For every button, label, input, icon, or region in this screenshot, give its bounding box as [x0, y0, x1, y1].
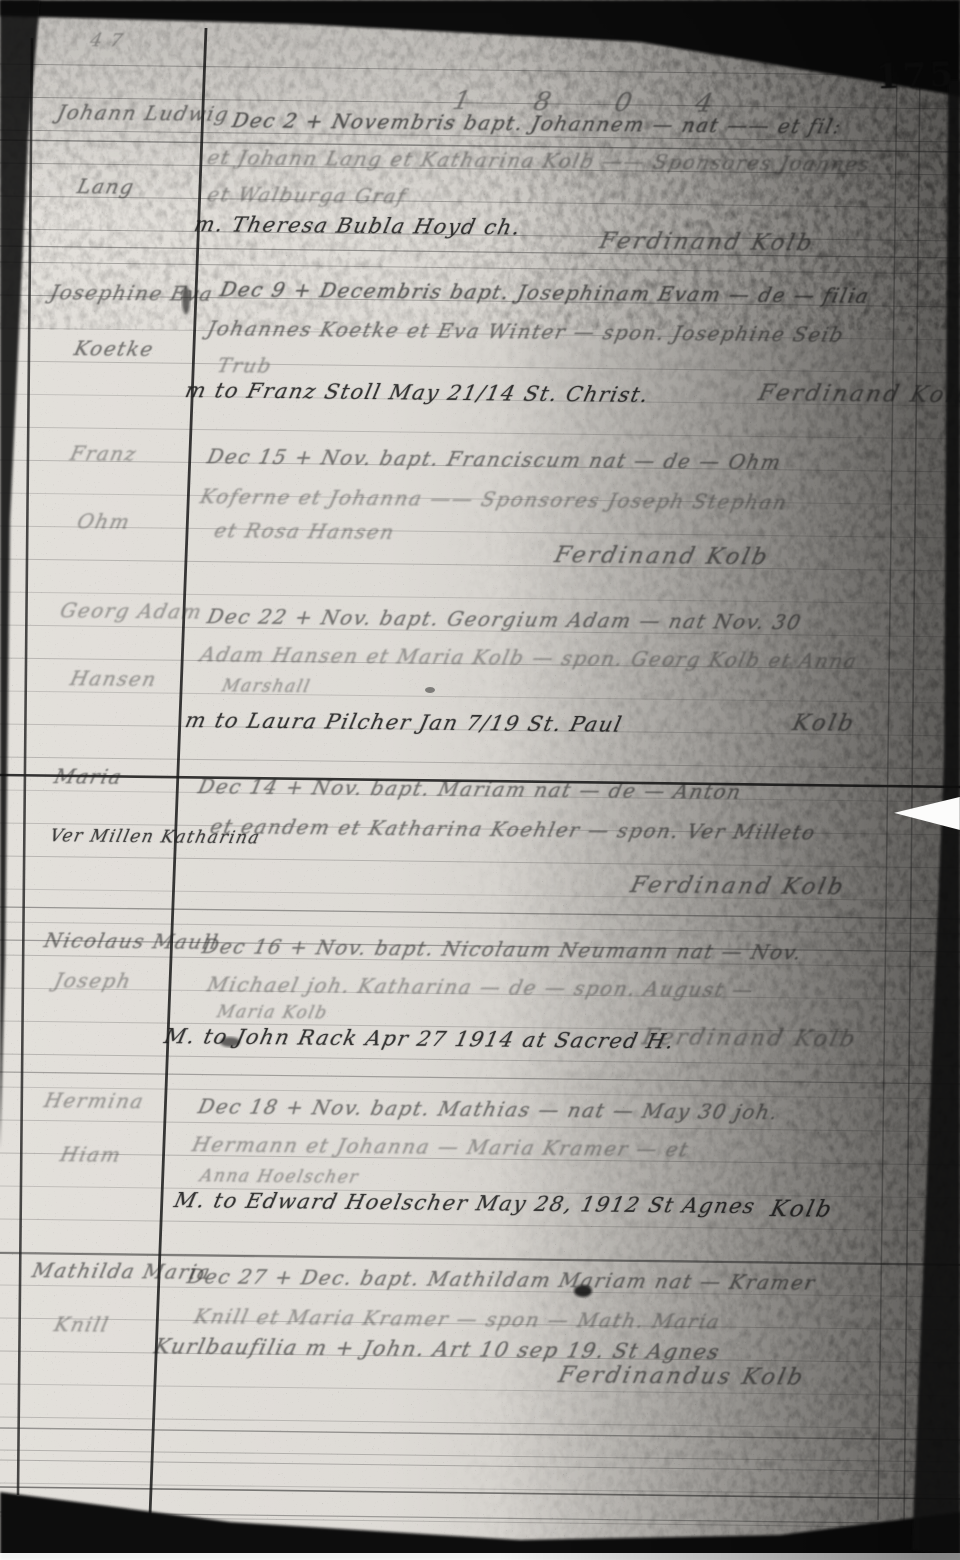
marriage-note: m to Franz Stoll May 21/14 St. Christ.	[183, 378, 652, 407]
marriage-note: m. Theresa Bubla Hoyd ch.	[192, 212, 524, 239]
margin-name: Hiam	[58, 1142, 124, 1167]
priest-signature: Kolb	[790, 710, 858, 737]
margin-name: Koetke	[72, 336, 157, 361]
priest-signature: Ferdinand Kolb	[597, 228, 817, 256]
priest-signature: Ferdinand Kolb	[552, 542, 772, 570]
margin-name: Johann Ludwig	[55, 100, 232, 126]
margin-name: Josephine Eva	[48, 280, 216, 306]
entry-line: et Walburga Graf	[205, 182, 409, 208]
margin-name: Maria	[52, 764, 125, 789]
priest-signature: Kolb	[768, 1196, 836, 1223]
page-number: 175	[875, 55, 956, 98]
margin-name: Nicolaus Maull	[42, 928, 221, 954]
entry-line: et Rosa Hansen	[212, 518, 397, 544]
priest-signature: Ferdinand Kolb	[628, 872, 848, 900]
entry-line: Trub	[215, 353, 275, 378]
register-page: 175 4 7 1 8 0 4 Johann Ludwig Lang Dec 2…	[0, 0, 960, 1560]
corner-marks: 4 7	[88, 30, 126, 51]
entry-line: Marshall	[220, 676, 313, 697]
entry-line: Anna Hoelscher	[198, 1166, 361, 1188]
margin-name: Hansen	[68, 666, 160, 691]
priest-signature: Ferdinand Kolb	[640, 1024, 860, 1052]
margin-name: Hermina	[42, 1088, 147, 1113]
margin-name: Franz	[68, 441, 140, 466]
margin-name: Ohm	[75, 509, 133, 533]
margin-name: Joseph	[52, 968, 134, 993]
margin-name: Lang	[75, 174, 137, 199]
marriage-note: m to Laura Pilcher Jan 7/19 St. Paul	[183, 708, 625, 737]
priest-signature: Ferdinand Kolb	[756, 380, 960, 408]
margin-name: Georg Adam	[58, 598, 205, 623]
entry-line: Maria Kolb	[215, 1002, 330, 1023]
priest-signature: Ferdinandus Kolb	[556, 1362, 808, 1391]
margin-name: Knill	[52, 1312, 112, 1337]
